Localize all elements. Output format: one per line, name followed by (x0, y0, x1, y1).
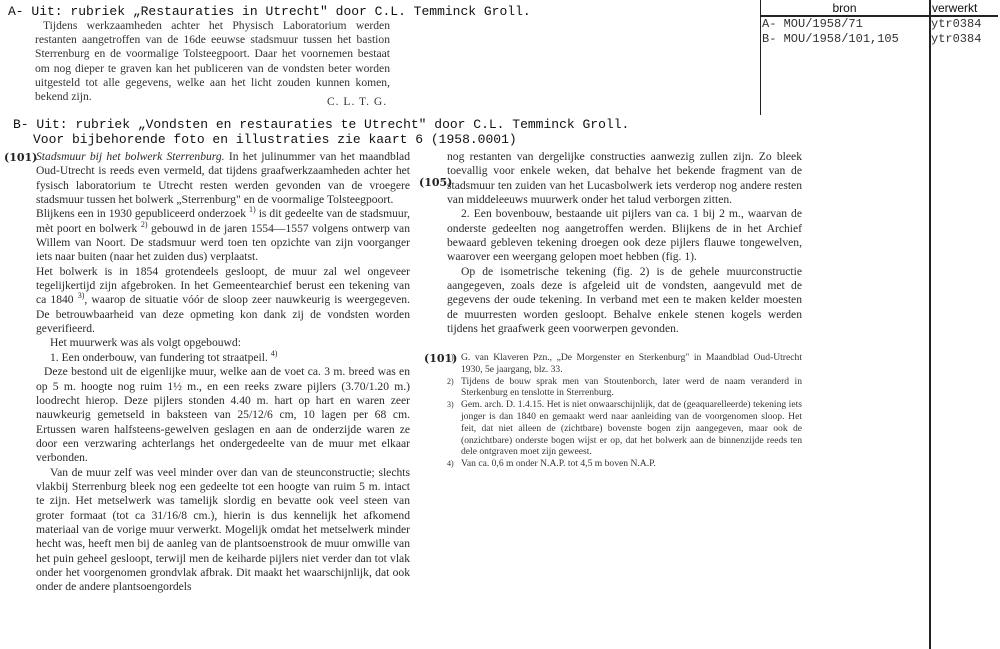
footnote-number: 2) (447, 376, 461, 400)
paragraph: Stadsmuur bij het bolwerk Sterrenburg. I… (36, 150, 410, 207)
paragraph: nog restanten van dergelijke constructie… (447, 150, 802, 207)
section-b-subheading: Voor bijbehorende foto en illustraties z… (33, 132, 517, 147)
section-a-body: Tijdens werkzaamheden achter het Physisc… (35, 19, 390, 104)
paragraph: Het bolwerk is in 1854 grotendeels geslo… (36, 265, 410, 337)
footnote: 2)Tijdens de bouw sprak men van Stoutenb… (447, 376, 802, 400)
paragraph: Blijkens een in 1930 gepubliceerd onderz… (36, 207, 410, 264)
footnote-number: 4) (447, 458, 461, 470)
footnote-text: Tijdens de bouw sprak men van Stoutenbor… (461, 376, 802, 400)
footnote: 4)Van ca. 0,6 m onder N.A.P. tot 4,5 m b… (447, 458, 802, 470)
paragraph-text: Blijkens een in 1930 gepubliceerd onderz… (36, 207, 249, 220)
paragraph-text: 1. Een onderbouw, van fundering tot stra… (50, 351, 271, 364)
paragraph: Deze bestond uit de eigenlijke muur, wel… (36, 365, 410, 465)
table-border (929, 0, 931, 649)
table-cell-bron: A- MOU/1958/71 (762, 17, 863, 31)
footnote-ref[interactable]: 2) (141, 220, 148, 229)
paragraph: 1. Een onderbouw, van fundering tot stra… (36, 351, 410, 365)
handwritten-page-mark: (101) (4, 151, 37, 164)
paragraph-text: , waarop de situatie vóór de sloop zeer … (36, 293, 410, 335)
section-a-signature: C. L. T. G. (327, 96, 387, 108)
footnote-number: 3) (447, 399, 461, 458)
footnote-text: Van ca. 0,6 m onder N.A.P. tot 4,5 m bov… (461, 458, 802, 470)
table-border (760, 0, 761, 115)
column-header-bron: bron (760, 1, 929, 15)
footnote-ref[interactable]: 1) (249, 206, 256, 215)
footnote-text: G. van Klaveren Pzn., „De Morgenster en … (461, 352, 802, 376)
paragraph: Het muurwerk was als volgt opgebouwd: (36, 336, 410, 350)
section-a-heading: A- Uit: rubriek „Restauraties in Utrecht… (8, 4, 531, 19)
footnotes: 1)G. van Klaveren Pzn., „De Morgenster e… (447, 352, 802, 470)
paragraph: Op de isometrische tekening (fig. 2) is … (447, 265, 802, 337)
section-b-heading: B- Uit: rubriek „Vondsten en restauratie… (13, 117, 629, 132)
footnote-ref[interactable]: 4) (271, 349, 278, 358)
footnote-text: Gem. arch. D. 1.4.15. Het is niet onwaar… (461, 399, 802, 458)
article-right-column: nog restanten van dergelijke constructie… (447, 150, 802, 336)
article-title: Stadsmuur bij het bolwerk Sterrenburg. (36, 150, 225, 163)
column-header-verwerkt: verwerkt (932, 1, 998, 15)
paragraph: 2. Een bovenbouw, bestaande uit pijlers … (447, 207, 802, 264)
table-cell-verwerkt: ytr0384 (931, 17, 981, 31)
source-table: bron verwerkt A- MOU/1958/71 ytr0384 B- … (760, 0, 1000, 649)
section-a-paragraph: Tijdens werkzaamheden achter het Physisc… (35, 19, 390, 104)
paragraph: Van de muur zelf was veel minder over da… (36, 466, 410, 595)
footnote-number: 1) (447, 352, 461, 376)
table-cell-bron: B- MOU/1958/101,105 (762, 32, 899, 46)
footnote: 3)Gem. arch. D. 1.4.15. Het is niet onwa… (447, 399, 802, 458)
article-left-column: Stadsmuur bij het bolwerk Sterrenburg. I… (36, 150, 410, 595)
footnote: 1)G. van Klaveren Pzn., „De Morgenster e… (447, 352, 802, 376)
table-cell-verwerkt: ytr0384 (931, 32, 981, 46)
